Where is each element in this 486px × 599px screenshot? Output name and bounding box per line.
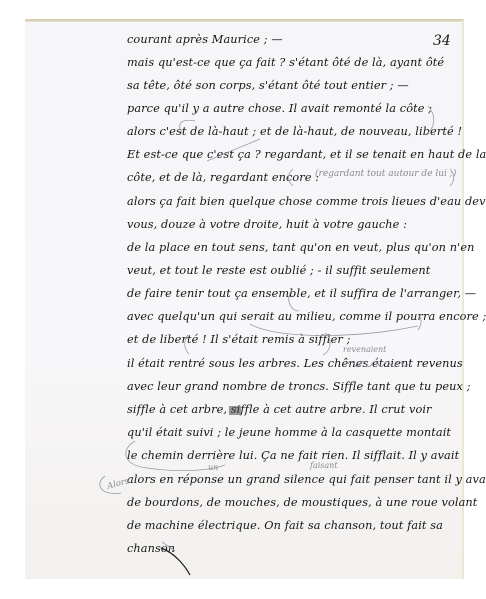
pencil-marks	[25, 21, 462, 579]
manuscript-page: 34 courant après Maurice ; — mais qu'est…	[25, 19, 464, 579]
